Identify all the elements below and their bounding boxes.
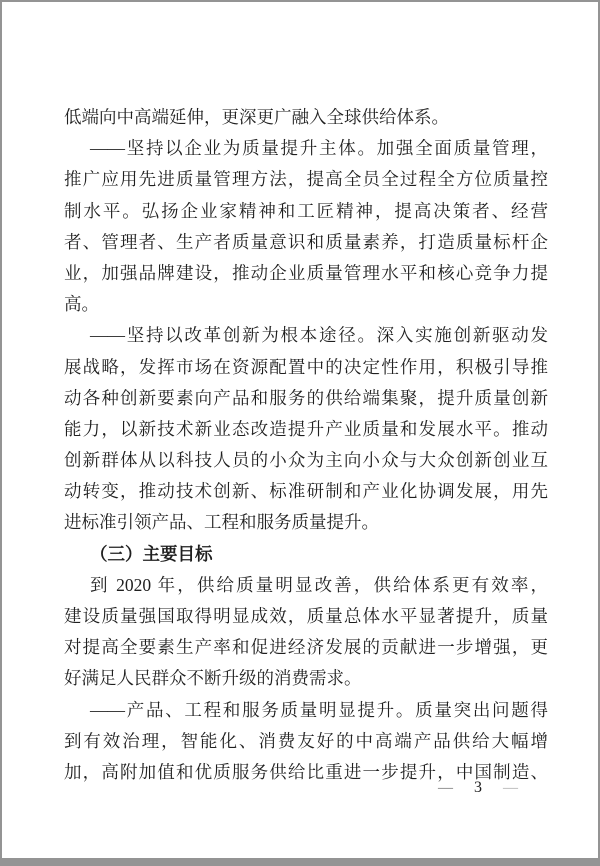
text-line: 进标准引领产品、工程和服务质量提升。 <box>64 507 548 538</box>
text-line: 动转变，推动技术创新、标准研制和产业化协调发展，用先 <box>64 476 548 507</box>
section-heading: （三）主要目标 <box>64 539 548 570</box>
text-line: 动各种创新要素向产品和服务的供给端集聚，提升质量创新 <box>64 383 548 414</box>
text-line: 到有效治理，智能化、消费友好的中高端产品供给大幅增 <box>64 726 548 757</box>
text-block: 低端向中高端延伸，更深更广融入全球供给体系。——坚持以企业为质量提升主体。加强全… <box>64 102 548 788</box>
text-line: ——坚持以企业为质量提升主体。加强全面质量管理， <box>64 133 548 164</box>
text-line: 制水平。弘扬企业家精神和工匠精神，提高决策者、经营 <box>64 196 548 227</box>
text-line: 创新群体从以科技人员的小众为主向小众与大众创新创业互 <box>64 445 548 476</box>
text-line: 低端向中高端延伸，更深更广融入全球供给体系。 <box>64 102 548 133</box>
footer-dash-right: — <box>503 780 518 797</box>
text-line: 好满足人民群众不断升级的消费需求。 <box>64 663 548 694</box>
text-line: 业，加强品牌建设，推动企业质量管理水平和核心竞争力提 <box>64 258 548 289</box>
text-line: 高。 <box>64 289 548 320</box>
text-line: 者、管理者、生产者质量意识和质量素养，打造质量标杆企 <box>64 227 548 258</box>
text-line: 建设质量强国取得明显成效，质量总体水平显著提升，质量 <box>64 601 548 632</box>
text-line: 到 2020 年，供给质量明显改善，供给体系更有效率， <box>64 570 548 601</box>
text-line: 推广应用先进质量管理方法，提高全员全过程全方位质量控 <box>64 164 548 195</box>
page-number: 3 <box>474 779 482 797</box>
footer-dash-left: — <box>438 780 453 797</box>
text-line: ——产品、工程和服务质量明显提升。质量突出问题得 <box>64 695 548 726</box>
page-footer: — 3 — <box>438 778 518 798</box>
text-line: 展战略，发挥市场在资源配置中的决定性作用，积极引导推 <box>64 352 548 383</box>
document-page: 低端向中高端延伸，更深更广融入全球供给体系。——坚持以企业为质量提升主体。加强全… <box>0 0 600 866</box>
text-line: 对提高全要素生产率和促进经济发展的贡献进一步增强，更 <box>64 632 548 663</box>
text-line: 能力，以新技术新业态改造提升产业质量和发展水平。推动 <box>64 414 548 445</box>
text-line: ——坚持以改革创新为根本途径。深入实施创新驱动发 <box>64 320 548 351</box>
